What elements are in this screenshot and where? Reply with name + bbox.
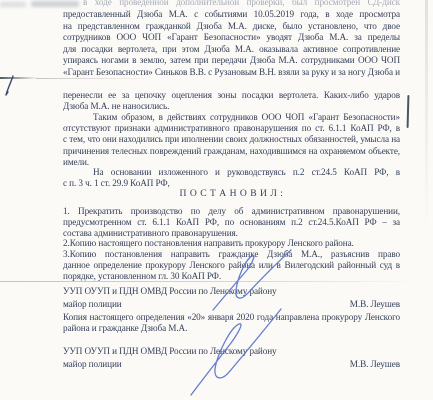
text-line: Таким образом, в действиях сотрудников О… [63,112,400,123]
resolution-item-line: состава административного правонарушения… [63,228,400,239]
text-line: причинения телесных повреждений граждана… [63,146,400,157]
officer-name: М.В. Леушев [350,358,400,372]
text-line: отсутствуют признаки административного п… [63,123,400,134]
pen-mark [2,74,22,100]
scan-edge-shadow [425,0,428,230]
resolution-item-line: предусмотренном ст. 6.1.1 КоАП РФ, по ос… [63,217,400,228]
text-line: На основании изложенного и руководствуяс… [63,167,400,178]
page-crease-line-faint [36,78,156,79]
text-line: перенесли ее за цепочку оцепления зоны п… [63,90,400,101]
text-line: для посадки вертолета, при этом Дзюба М.… [63,44,400,56]
legal-basis-paragraph: На основании изложенного и руководствуяс… [63,167,400,189]
text-line: предоставленный Дзюба М.А. с событиями 1… [63,9,400,21]
officer-name: М.В. Леушев [350,298,400,312]
officer-rank: майор полиции [63,358,122,372]
faded-first-line: в ходе проведенной дополнительной провер… [83,0,400,9]
resolution-item-line: 1. Прекратить производство по делу об ад… [63,206,400,217]
intro-paragraph: предоставленный Дзюба М.А. с событиями 1… [63,9,400,78]
scanned-document-page: в ходе проведенной дополнительной провер… [0,0,433,400]
text-line: на представленном гражданкой Дзюба М.А. … [63,21,400,33]
assessment-paragraph: Таким образом, в действиях сотрудников О… [63,112,400,168]
illegible-text-smudge [31,1,79,7]
text-line: упираясь ногами в землю, затем при перед… [63,55,400,67]
signature-stroke-2 [183,303,289,398]
continuation-paragraph: перенесли ее за цепочку оцепления зоны п… [63,90,400,112]
right-margin-pen-mark [407,95,409,128]
postanovil-heading: П О С Т А Н О В И Л : [63,188,400,199]
text-line: с тем, что они находились при иполнении … [63,134,400,145]
scan-smudge [0,2,26,7]
text-line: сотрудников ООО ЧОП «Гарант Безопасности… [63,32,400,44]
officer-rank: майор полиции [63,298,122,312]
text-line: Дзюба М.А. не наносились. [63,101,400,112]
text-line: «Гарант Безопасности» Синьков В.В. с Руз… [63,67,400,79]
